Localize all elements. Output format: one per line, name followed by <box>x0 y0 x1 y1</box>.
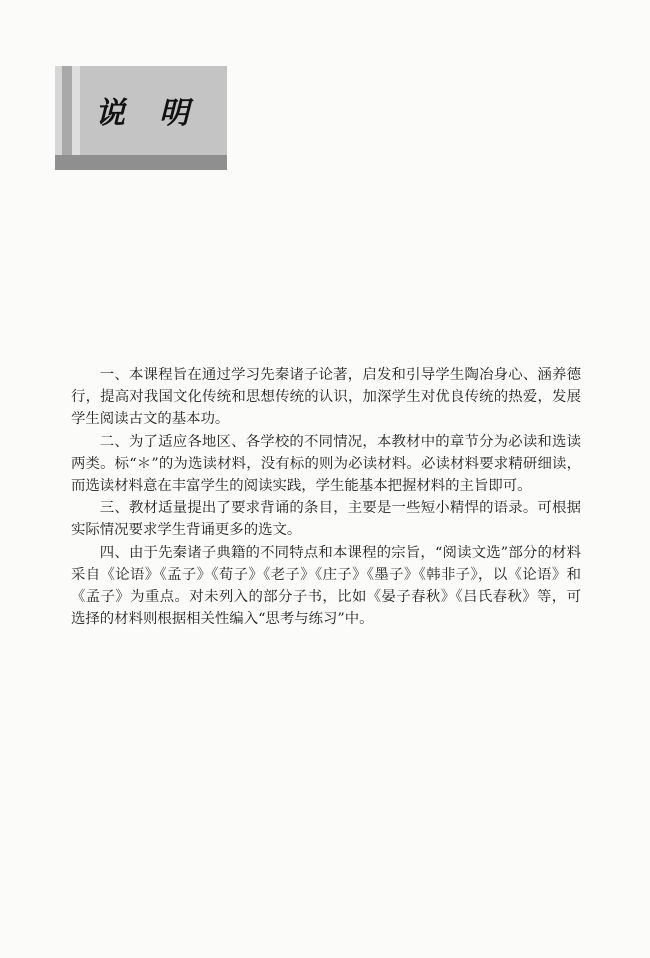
paragraph-4: 四、由于先秦诸子典籍的不同特点和本课程的宗旨，“阅读文选”部分的材料采自《论语》… <box>71 542 581 631</box>
page-title: 说明 <box>95 88 223 132</box>
paragraph-2: 二、为了适应各地区、各学校的不同情况，本教材中的章节分为必读和选读两类。标“＊”… <box>71 431 581 498</box>
paragraph-3: 三、教材适量提出了要求背诵的条目，主要是一些短小精悍的语录。可根据实际情况要求学… <box>71 497 581 541</box>
banner-bottom-band <box>55 155 227 170</box>
title-banner: 说明 <box>55 66 227 170</box>
paragraph-1: 一、本课程旨在通过学习先秦诸子论著，启发和引导学生陶冶身心、涵养德行，提高对我国… <box>71 364 581 431</box>
instructions-body: 一、本课程旨在通过学习先秦诸子论著，启发和引导学生陶冶身心、涵养德行，提高对我国… <box>71 364 581 630</box>
